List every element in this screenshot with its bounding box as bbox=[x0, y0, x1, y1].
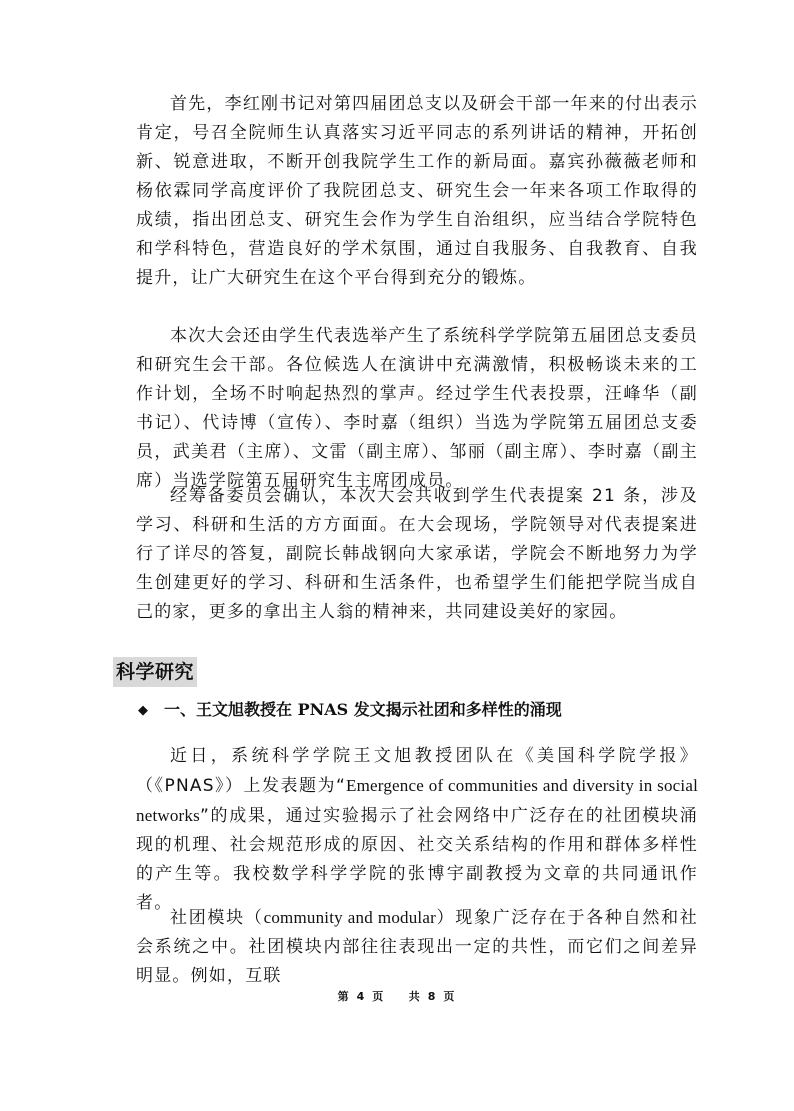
document-page: 首先，李红刚书记对第四届团总支以及研会干部一年来的付出表示肯定，号召全院师生认真… bbox=[0, 0, 794, 1111]
footer-label: 共 bbox=[409, 990, 422, 1003]
page-footer: 第4页 共8页 bbox=[0, 988, 794, 1004]
footer-label: 第 bbox=[338, 990, 351, 1003]
current-page-number: 4 bbox=[357, 990, 367, 1003]
section-heading-research: 科学研究 bbox=[113, 657, 197, 687]
english-term: community and modular bbox=[264, 908, 436, 927]
paragraph-election: 本次大会还由学生代表选举产生了系统科学学院第五届团总支委员和研究生会干部。各位候… bbox=[136, 322, 698, 496]
text-segment: ”的成果，通过实验揭示了社会网络中广泛存在的社团模块涌现的机理、社会规范形成的原… bbox=[136, 806, 698, 913]
diamond-bullet-icon: ◆ bbox=[138, 698, 148, 724]
total-page-count: 8 bbox=[428, 990, 438, 1003]
article-subheading: ◆一、王文旭教授在 PNAS 发文揭示社团和多样性的涌现 bbox=[138, 697, 562, 723]
footer-label: 页 bbox=[443, 990, 456, 1003]
paragraph-pnas-publication: 近日，系统科学学院王文旭教授团队在《美国科学院学报》（《PNAS》）上发表题为“… bbox=[136, 742, 698, 918]
paragraph-commendation: 首先，李红刚书记对第四届团总支以及研会干部一年来的付出表示肯定，号召全院师生认真… bbox=[136, 90, 698, 293]
text-segment: 社团模块（ bbox=[170, 908, 264, 928]
footer-label: 页 bbox=[372, 990, 385, 1003]
subheading-text: 一、王文旭教授在 PNAS 发文揭示社团和多样性的涌现 bbox=[164, 700, 562, 719]
paragraph-community-modular: 社团模块（community and modular）现象广泛存在于各种自然和社… bbox=[136, 903, 698, 991]
paragraph-proposals: 经筹备委员会确认，本次大会共收到学生代表提案 21 条，涉及学习、科研和生活的方… bbox=[136, 482, 698, 627]
